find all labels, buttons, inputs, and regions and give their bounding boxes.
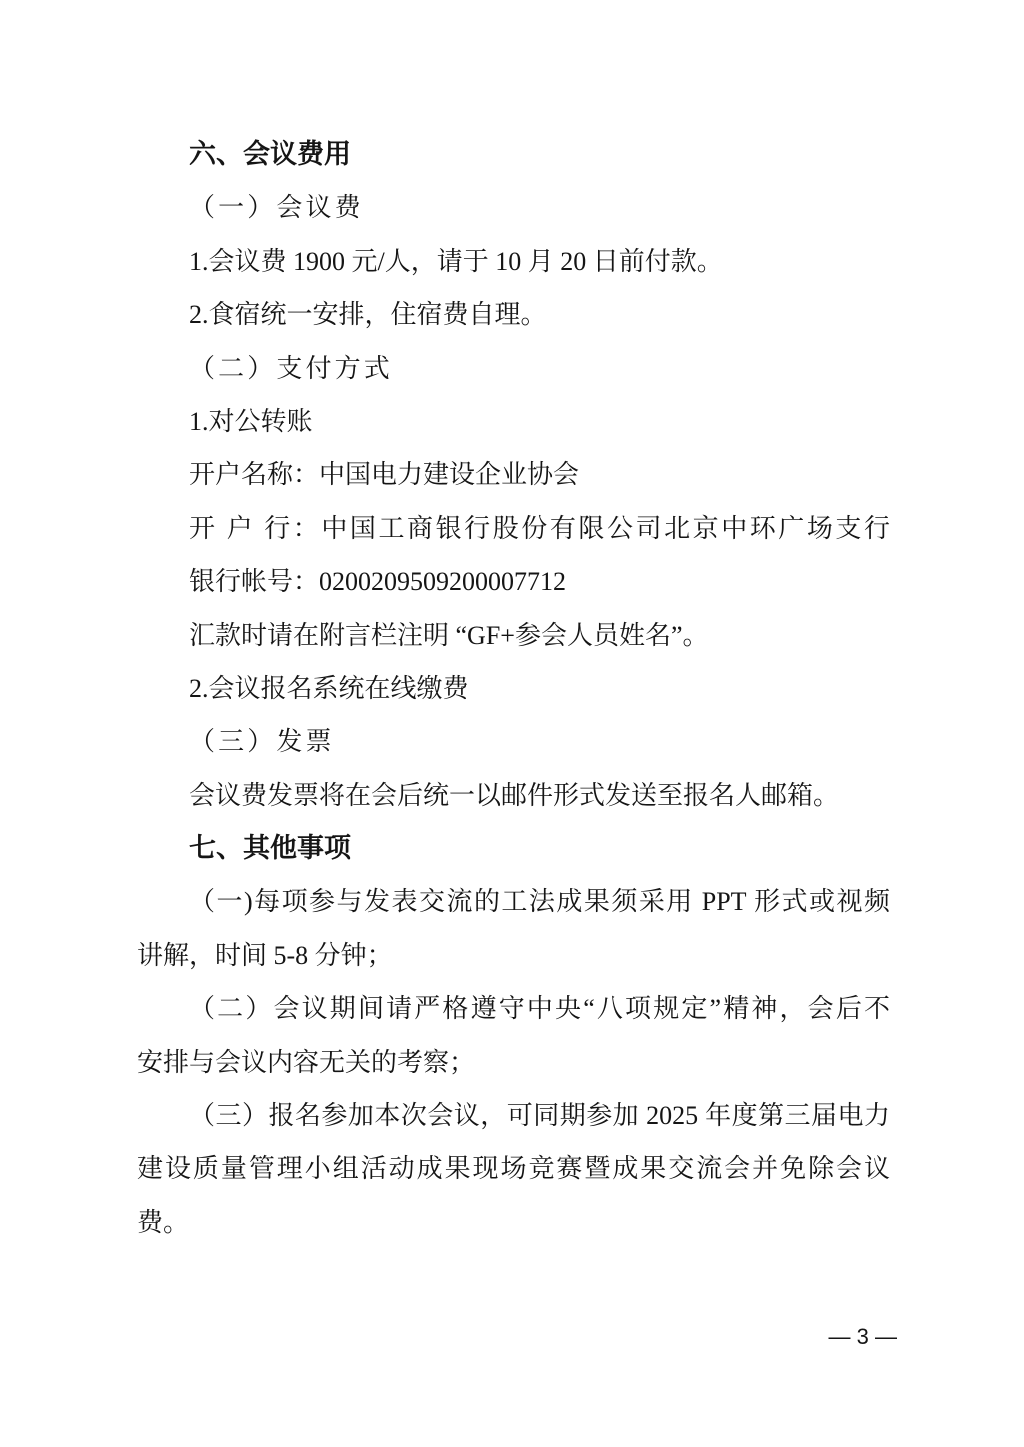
section-heading-6-meeting-fees: 六、会议费用	[137, 128, 890, 181]
line-item3-continued: 建设质量管理小组活动成果现场竞赛暨成果交流会并免除会议	[137, 1142, 890, 1195]
line-board-lodging: 2.食宿统一安排，住宿费自理。	[137, 288, 890, 341]
line-account-name: 开户名称：中国电力建设企业协会	[137, 448, 890, 501]
line-item2-regulations: （二）会议期间请严格遵守中央“八项规定”精神，会后不	[137, 982, 890, 1035]
line-online-payment: 2.会议报名系统在线缴费	[137, 662, 890, 715]
line-item1-ppt-requirement: （一)每项参与发表交流的工法成果须采用 PPT 形式或视频	[137, 875, 890, 928]
line-fee-amount: 1.会议费 1900 元/人，请于 10 月 20 日前付款。	[137, 235, 890, 288]
line-item2-no-tours: 安排与会议内容无关的考察；	[137, 1036, 890, 1089]
subheading-1-meeting-fee: （一）会议费	[137, 181, 890, 234]
line-item3-end: 费。	[137, 1196, 890, 1249]
line-invoice-delivery: 会议费发票将在会后统一以邮件形式发送至报名人邮箱。	[137, 769, 890, 822]
line-corporate-transfer: 1.对公转账	[137, 395, 890, 448]
line-account-number: 银行帐号：0200209509200007712	[137, 555, 890, 608]
subheading-2-payment-method: （二）支付方式	[137, 342, 890, 395]
line-item3-concurrent-event: （三）报名参加本次会议，可同期参加 2025 年度第三届电力	[137, 1089, 890, 1142]
document-page: 六、会议费用 （一）会议费 1.会议费 1900 元/人，请于 10 月 20 …	[0, 0, 1024, 1447]
document-body: 六、会议费用 （一）会议费 1.会议费 1900 元/人，请于 10 月 20 …	[137, 128, 890, 1249]
page-number: — 3 —	[829, 1322, 897, 1352]
section-heading-7-other-matters: 七、其他事项	[137, 822, 890, 875]
line-remittance-note: 汇款时请在附言栏注明 “GF+参会人员姓名”。	[137, 609, 890, 662]
line-bank-name: 开 户 行：中国工商银行股份有限公司北京中环广场支行	[137, 502, 890, 555]
line-item1-duration: 讲解，时间 5-8 分钟；	[137, 929, 890, 982]
subheading-3-invoice: （三）发票	[137, 715, 890, 768]
